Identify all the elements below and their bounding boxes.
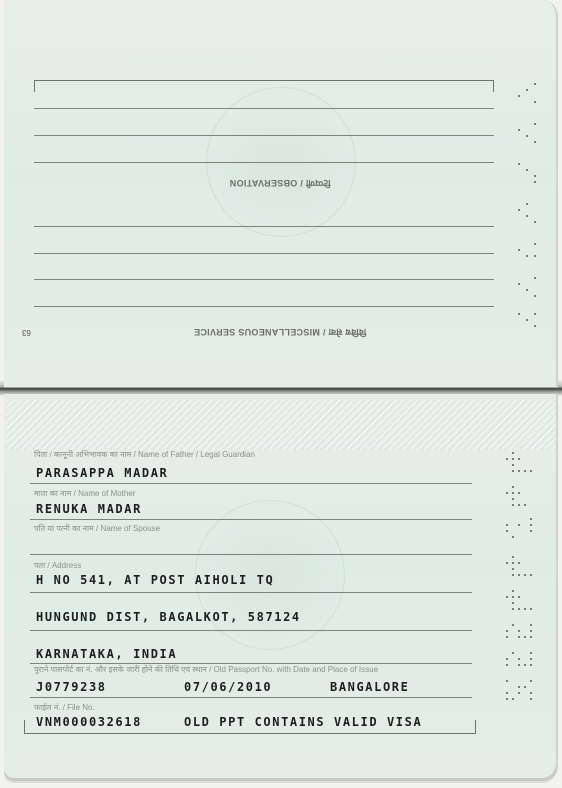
ruled-line [34,108,494,109]
ruled-line [30,592,472,593]
mother-name-value: RENUKA MADAR [36,502,142,516]
address-line-1: H NO 541, AT POST AIHOLI TQ [36,573,274,587]
perforated-passport-number [500,57,542,337]
ruled-line [30,554,472,555]
old-passport-issue-place: BANGALORE [330,680,409,694]
ruled-line [34,253,494,254]
ruled-line [34,306,494,307]
ruled-line [34,135,494,136]
frame-bracket [24,720,476,734]
old-passport-label: पुराने पासपोर्ट का नं. और इसके जारी होने… [34,664,378,675]
ruled-line [30,697,472,698]
ruled-line [30,483,472,484]
address-label: पता / Address [34,560,81,571]
observation-heading: टिप्पणी / OBSERVATION [4,177,556,190]
misc-service-heading: विविध सेवा / MISCELLANEOUS SERVICE [4,326,556,339]
file-number-label: फाईल नं. / File No. [34,702,95,713]
guilloche-pattern [6,400,556,450]
perforated-passport-number [506,452,548,712]
father-name-label: पिता / कानूनी अभिभावक का नाम / Name of F… [34,449,255,460]
father-name-value: PARASAPPA MADAR [36,466,168,480]
observation-page-rotated-content: विविध सेवा / MISCELLANEOUS SERVICE टिप्प… [4,0,556,387]
address-line-2: HUNGUND DIST, BAGALKOT, 587124 [36,610,301,624]
ruled-line [34,162,494,163]
ruled-line [30,519,472,520]
ruled-line [30,630,472,631]
observation-page: विविध सेवा / MISCELLANEOUS SERVICE टिप्प… [4,0,558,388]
spouse-name-label: पति या पत्नी का नाम / Name of Spouse [34,523,160,534]
old-passport-number: J0779238 [36,680,107,694]
mother-name-label: माता का नाम / Name of Mother [34,488,135,499]
ruled-line [34,226,494,227]
address-line-3: KARNATAKA, INDIA [36,647,177,661]
ruled-line [34,279,494,280]
page-number: 63 [22,328,31,337]
old-passport-issue-date: 07/06/2010 [184,680,272,694]
frame-bracket [34,80,494,92]
